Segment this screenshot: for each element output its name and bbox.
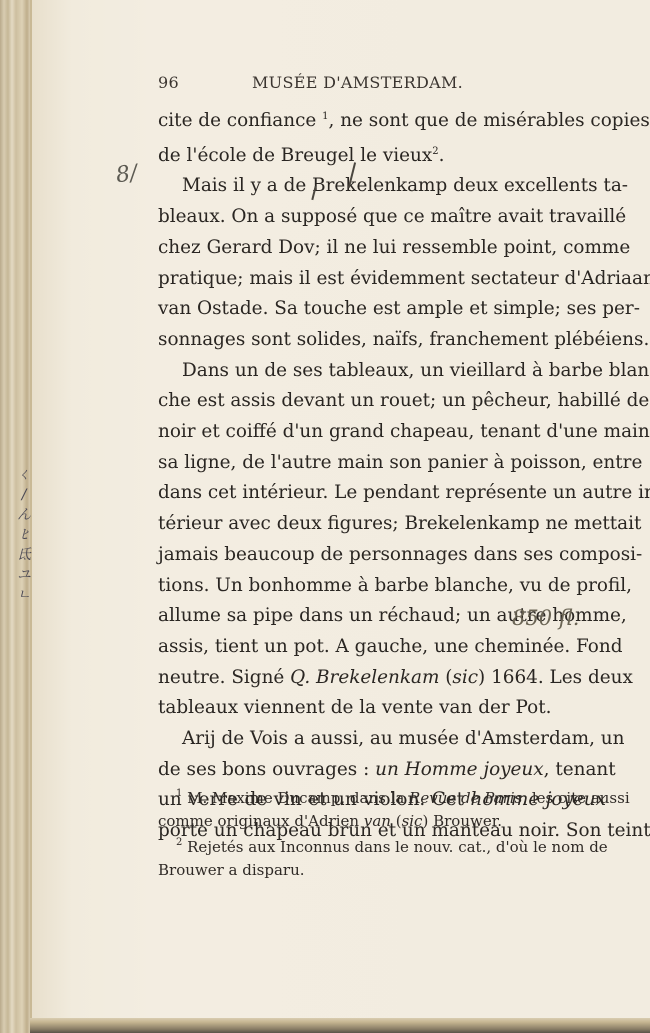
text-line: dans cet intérieur. Le pendant représent… — [158, 478, 606, 509]
text-line: cite de confiance 1, ne sont que de misé… — [158, 102, 606, 137]
text-line: tableaux viennent de la vente van der Po… — [158, 693, 606, 724]
footnote-1: 1 M. Maxime Ducamp, dans la Revue de Par… — [158, 783, 598, 810]
text-line: sa ligne, de l'autre main son panier à p… — [158, 448, 606, 479]
body-text: cite de confiance 1, ne sont que de misé… — [158, 102, 606, 847]
running-head: 96 MUSÉE D'AMSTERDAM. — [158, 73, 608, 97]
text-line: tions. Un bonhomme à barbe blanche, vu d… — [158, 571, 606, 602]
running-title: MUSÉE D'AMSTERDAM. — [252, 73, 463, 92]
text-line: noir et coiffé d'un grand chapeau, tenan… — [158, 417, 606, 448]
text-line: de ses bons ouvrages : un Homme joyeux, … — [158, 755, 606, 786]
handwritten-left-margin-notes: ㄑ / ん ﾋ 氐 ユ ㄴ — [12, 465, 36, 605]
paragraph-start: Dans un de ses tableaux, un vieillard à … — [158, 356, 606, 387]
footnote-2: 2 Rejetés aux Inconnus dans le nouv. cat… — [158, 832, 598, 859]
text-line: assis, tient un pot. A gauche, une chemi… — [158, 632, 606, 663]
handwritten-margin-mark: 8/ — [114, 161, 139, 189]
footnotes: 1 M. Maxime Ducamp, dans la Revue de Par… — [158, 783, 598, 881]
paragraph-start: Mais il y a de Brekelenkamp deux excelle… — [158, 171, 606, 202]
artwork-title: un Homme joyeux — [375, 759, 544, 780]
text-line: pratique; mais il est évidemment sectate… — [158, 264, 606, 295]
text-line: térieur avec deux figures; Brekelenkamp … — [158, 509, 606, 540]
text-line: chez Gerard Dov; il ne lui ressemble poi… — [158, 233, 606, 264]
text-line: bleaux. On a supposé que ce maître avait… — [158, 202, 606, 233]
text-line: jamais beaucoup de personnages dans ses … — [158, 540, 606, 571]
text-line: sonnages sont solides, naïfs, franchemen… — [158, 325, 606, 356]
paragraph-start: Arij de Vois a aussi, au musée d'Amsterd… — [158, 724, 606, 755]
page-bottom-edge — [30, 1018, 650, 1033]
handwritten-price-note: 850 fl. — [512, 606, 579, 630]
text-line: de l'école de Breugel le vieux2. — [158, 137, 606, 172]
footnote-1-cont: comme originaux d'Adrien van (sic) Brouw… — [158, 810, 598, 833]
text-line: neutre. Signé Q. Brekelenkam (sic) 1664.… — [158, 663, 606, 694]
signature-italic: Q. Brekelenkam — [290, 667, 439, 688]
footnote-2-cont: Brouwer a disparu. — [158, 859, 598, 882]
text-line: van Ostade. Sa touche est ample et simpl… — [158, 294, 606, 325]
page-number: 96 — [158, 73, 179, 92]
text-line: che est assis devant un rouet; un pêcheu… — [158, 386, 606, 417]
